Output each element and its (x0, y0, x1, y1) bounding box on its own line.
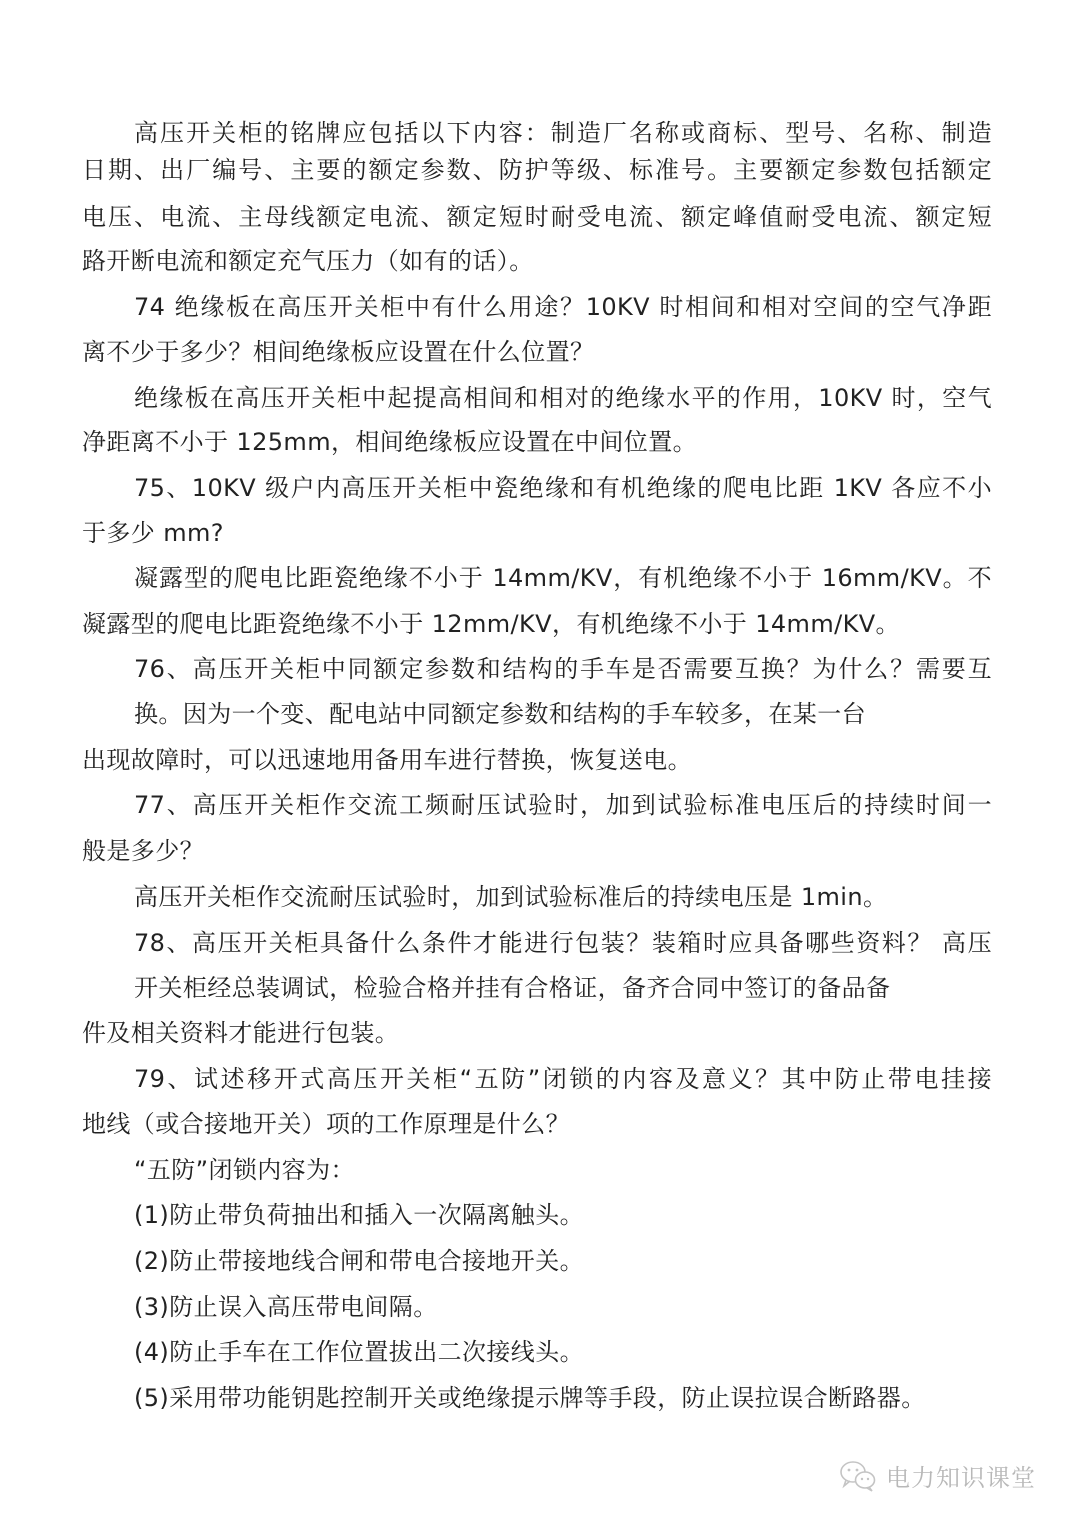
text-line: 净距离不小于 125mm，相间绝缘板应设置在中间位置。 (82, 425, 992, 459)
text-line: 于多少 mm? (82, 516, 992, 550)
text-line: 日期、出厂编号、主要的额定参数、防护等级、标准号。主要额定参数包括额定 (82, 153, 992, 187)
watermark: 电力知识课堂 (838, 1458, 1036, 1493)
text-line: 凝露型的爬电比距瓷绝缘不小于 14mm/KV，有机绝缘不小于 16mm/KV。不 (134, 561, 992, 595)
text-line: 76、高压开关柜中同额定参数和结构的手车是否需要互换？为什么？需要互 (134, 652, 992, 686)
text-line: 凝露型的爬电比距瓷绝缘不小于 12mm/KV，有机绝缘不小于 14mm/KV。 (82, 607, 992, 641)
text-line: 74 绝缘板在高压开关柜中有什么用途？10KV 时相间和相对空间的空气净距 (134, 290, 992, 324)
text-line: (5)采用带功能钥匙控制开关或绝缘提示牌等手段，防止误拉误合断路器。 (134, 1381, 992, 1415)
text-line: 75、10KV 级户内高压开关柜中瓷绝缘和有机绝缘的爬电比距 1KV 各应不小 (134, 471, 992, 505)
text-line: 件及相关资料才能进行包装。 (82, 1016, 992, 1050)
text-line: 离不少于多少？相间绝缘板应设置在什么位置？ (82, 335, 992, 369)
text-line: 路开断电流和额定充气压力（如有的话）。 (82, 244, 992, 278)
text-line: (1)防止带负荷抽出和插入一次隔离触头。 (134, 1198, 992, 1232)
wechat-icon (838, 1459, 878, 1493)
text-line: 78、高压开关柜具备什么条件才能进行包装？装箱时应具备哪些资料？ 高压 (134, 926, 992, 960)
text-line: (3)防止误入高压带电间隔。 (134, 1290, 992, 1324)
document-page: 高压开关柜的铭牌应包括以下内容：制造厂名称或商标、型号、名称、制造日期、出厂编号… (0, 0, 1080, 1528)
text-line: 开关柜经总装调试，检验合格并挂有合格证，备齐合同中签订的备品备 (134, 971, 992, 1005)
text-line: (2)防止带接地线合闸和带电合接地开关。 (134, 1244, 992, 1278)
text-line: 电压、电流、主母线额定电流、额定短时耐受电流、额定峰值耐受电流、额定短 (82, 200, 992, 234)
watermark-text: 电力知识课堂 (886, 1458, 1036, 1493)
text-line: 换。因为一个变、配电站中同额定参数和结构的手车较多，在某一台 (134, 697, 992, 731)
text-line: 出现故障时，可以迅速地用备用车进行替换，恢复送电。 (82, 743, 992, 777)
text-line: (4)防止手车在工作位置拔出二次接线头。 (134, 1335, 992, 1369)
text-line: “五防”闭锁内容为： (134, 1153, 992, 1187)
text-line: 般是多少？ (82, 834, 992, 868)
text-line: 79、试述移开式高压开关柜“五防”闭锁的内容及意义？其中防止带电挂接 (134, 1062, 992, 1096)
text-line: 高压开关柜的铭牌应包括以下内容：制造厂名称或商标、型号、名称、制造 (134, 116, 992, 150)
text-line: 绝缘板在高压开关柜中起提高相间和相对的绝缘水平的作用，10KV 时，空气 (134, 381, 992, 415)
text-line: 77、高压开关柜作交流工频耐压试验时，加到试验标准电压后的持续时间一 (134, 788, 992, 822)
text-line: 高压开关柜作交流耐压试验时，加到试验标准后的持续电压是 1min。 (134, 880, 992, 914)
text-line: 地线（或合接地开关）项的工作原理是什么？ (82, 1107, 992, 1141)
